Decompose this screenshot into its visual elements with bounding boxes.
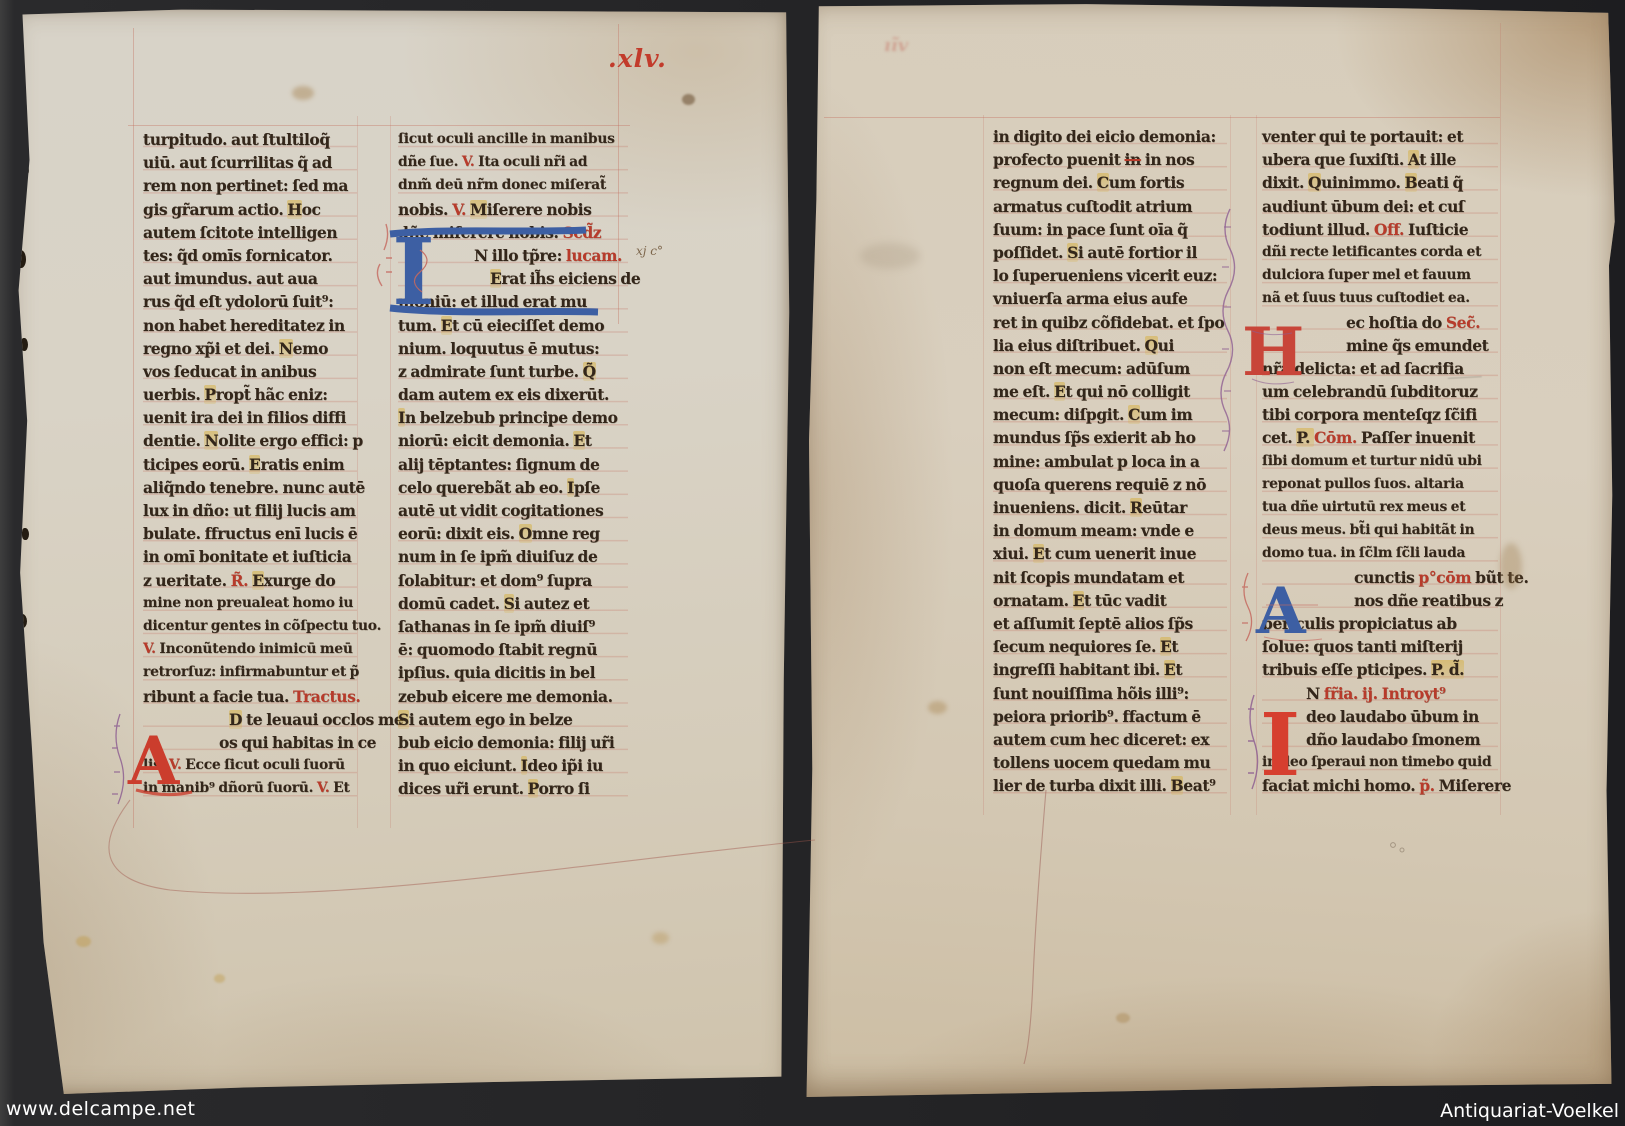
text-segment: in nos: [1141, 150, 1194, 169]
torn-edge-chip: [21, 338, 28, 351]
text-line: os qui habitas in ce: [219, 731, 357, 754]
text-line: turpitudo. aut ſtultiloq̃: [143, 128, 357, 151]
text-line: z ueritate. R̃. Exurge do: [143, 569, 357, 592]
text-segment: I: [398, 408, 405, 427]
text-segment: N: [279, 339, 293, 358]
text-segment: R: [1130, 498, 1142, 517]
text-segment: M: [470, 200, 487, 219]
text-segment: t cum uenerit inue: [1044, 544, 1196, 563]
text-line: ticipes eorū. Eratis enim: [143, 453, 357, 476]
text-line: lia eius diſtribuet. Qui: [993, 334, 1227, 357]
text-segment: eat⁹: [1183, 776, 1215, 795]
text-segment: vos ſeducat in anibus: [143, 362, 316, 381]
text-segment: S: [504, 594, 515, 613]
text-line: in domum meam: vnde e: [993, 519, 1227, 542]
text-segment: tribuis eſſe pticipes.: [1262, 660, 1431, 679]
text-segment: ret in quibz cõfidebat. et ſpo: [993, 313, 1224, 332]
text-line: dam autem ex eis dixerūt.: [398, 383, 628, 406]
text-segment: oc: [302, 200, 321, 219]
text-line: deo laudabo ūbum in: [1306, 705, 1498, 728]
text-segment: Tractus.: [293, 687, 360, 706]
illuminated-initial-I: I: [1242, 689, 1322, 799]
text-segment: bub eicio demonia: filij ur̃i: [398, 733, 614, 752]
text-segment: Paſſer inuenit: [1361, 428, 1475, 447]
text-segment: in digito dei eicio demonia:: [993, 127, 1216, 146]
text-segment: in: [1125, 150, 1141, 169]
penwork-flourish: [377, 224, 392, 286]
text-segment: dam autem ex eis dixerūt.: [398, 385, 609, 404]
text-segment: S: [1067, 243, 1078, 262]
text-segment: E: [1160, 637, 1171, 656]
text-line: dentie. Nolite ergo effici: p: [143, 429, 357, 452]
text-line: alij tēptantes: ſignum de: [398, 453, 628, 476]
text-line: niorū: eicit demonia. Et: [398, 429, 628, 452]
text-segment: dices ur̃i erunt.: [398, 779, 528, 798]
text-segment: Q: [1145, 336, 1158, 355]
text-line: in digito dei eicio demonia:: [993, 125, 1227, 148]
text-segment: ornatam.: [993, 591, 1073, 610]
text-segment: lier de turba dixit illi.: [993, 776, 1171, 795]
text-segment: celo querebãt ab eo.: [398, 478, 567, 497]
text-segment: E: [573, 431, 584, 450]
text-segment: Q: [1308, 173, 1321, 192]
text-segment: mine non preualeat homo iu: [143, 595, 353, 611]
text-segment: domo tua. in ſc̃lm ſc̃li lauda: [1262, 545, 1465, 561]
text-segment: B: [1171, 776, 1184, 795]
text-segment: uerbis.: [143, 385, 204, 404]
text-segment: nit ſcopis mundatam et: [993, 568, 1184, 587]
text-segment: Q̃: [583, 362, 596, 381]
text-line: nos dñe reatibus z: [1354, 589, 1498, 612]
illuminated-initial-H: H: [1216, 203, 1336, 503]
text-line: autē ut vidit cogitationes: [398, 499, 628, 522]
text-segment: C: [1128, 405, 1140, 424]
text-segment: dñe ſue.: [398, 154, 462, 170]
ruling-line: [824, 117, 1500, 118]
text-segment: quoſa querens requiē z nō: [993, 475, 1206, 494]
text-segment: E: [1033, 544, 1044, 563]
illuminated-initial-A: A: [1236, 565, 1356, 651]
text-segment: O: [519, 524, 532, 543]
text-segment: et aſſumit ſeptē alios ſp̃s: [993, 614, 1193, 633]
text-segment: olite ergo effici: p: [218, 431, 363, 450]
text-segment: orro ſi: [538, 779, 589, 798]
text-segment: I: [567, 478, 574, 497]
torn-edge-chip: [23, 708, 29, 719]
text-line: dño laudabo ſmonem: [1306, 728, 1498, 751]
manuscript-leaf-left: .xlv. turpitudo. aut ſtultiloq̃uiū. aut …: [10, 8, 790, 1094]
text-line: eorū: dixit eis. Omne reg: [398, 522, 628, 545]
text-line: ſuum: in pace ſunt oīa q̃: [993, 218, 1227, 241]
text-line: venter qui te portauit: et: [1262, 125, 1498, 148]
text-line: uiū. aut ſcurrilitas q̃ ad: [143, 151, 357, 174]
text-line: uenit ira dei in filios diffi: [143, 406, 357, 429]
text-segment: fr̃ia. ij. Introyt⁹: [1324, 684, 1446, 703]
text-line: dices ur̃i erunt. Porro ſi: [398, 777, 628, 800]
text-line: retrorſuz: infirmabuntur et p̃: [143, 661, 357, 684]
text-line: N fr̃ia. ij. Introyt⁹: [1306, 682, 1498, 705]
text-segment: ropt̃ hãc eniz:: [216, 385, 328, 404]
penwork-flourish: [112, 714, 124, 804]
text-line: rus q̃d eſt ydolorū ſuit⁹:: [143, 290, 357, 313]
text-line: mine q̃s emundet: [1346, 334, 1498, 357]
text-segment: emo: [293, 339, 328, 358]
text-segment: z ueritate.: [143, 571, 231, 590]
text-line: autem ſcitote intelligen: [143, 221, 357, 244]
text-segment: rus q̃d eſt ydolorū ſuit⁹:: [143, 292, 333, 311]
text-segment: autem cum hec diceret: ex: [993, 730, 1209, 749]
text-line: regno xp̃i et dei. Nemo: [143, 337, 357, 360]
text-line: D te leuaui occlos me: [229, 708, 357, 731]
text-line: celo querebãt ab eo. Ipſe: [398, 476, 628, 499]
ruling-line: [1500, 23, 1501, 815]
text-line: ē: quomodo ſtabit regnū: [398, 638, 628, 661]
text-line: vos ſeducat in anibus: [143, 360, 357, 383]
margin-note: xj c°: [636, 244, 663, 258]
text-segment: xiui.: [993, 544, 1033, 563]
text-segment: ipſius. quia dicitis in bel: [398, 663, 595, 682]
text-segment: regnum dei.: [993, 173, 1097, 192]
text-line: vniuerſa arma eius aufe: [993, 287, 1227, 310]
text-line: non habet hereditatez in: [143, 314, 357, 337]
text-segment: P: [528, 779, 539, 798]
text-line: in quo eiciunt. Ideo ip̃i iu: [398, 754, 628, 777]
stain-mark: [292, 86, 314, 100]
text-line: nium. loquutus ē mutus:: [398, 337, 628, 360]
svg-text:I: I: [1260, 695, 1300, 796]
text-segment: dixit.: [1262, 173, 1308, 192]
text-line: ribunt a facie tua. Tractus.: [143, 685, 357, 708]
text-segment: venter qui te portauit: et: [1262, 127, 1463, 146]
svg-text:A: A: [1255, 574, 1307, 649]
text-segment: N: [204, 431, 218, 450]
text-segment: ſecum nequiores ſe.: [993, 637, 1160, 656]
text-segment: R̃.: [231, 571, 252, 590]
text-segment: profecto puenit: [993, 150, 1125, 169]
text-segment: dentie.: [143, 431, 204, 450]
text-line: bub eicio demonia: filij ur̃i: [398, 731, 628, 754]
text-segment: regno xp̃i et dei.: [143, 339, 279, 358]
text-segment: Off.: [1374, 220, 1408, 239]
text-line: ubera que ſuxiſti. At ille: [1262, 148, 1498, 171]
text-segment: i autē fortior il: [1078, 243, 1197, 262]
text-line: In belzebub principe demo: [398, 406, 628, 429]
text-line: mine: ambulat p loca in a: [993, 450, 1227, 473]
text-line: mecum: diſpgit. Cum im: [993, 403, 1227, 426]
text-segment: mine q̃s emundet: [1346, 336, 1488, 355]
text-line: domū cadet. Si autez et: [398, 592, 628, 615]
torn-edge-chip: [22, 528, 29, 540]
text-segment: iſerere nobis: [487, 200, 592, 219]
text-segment: nium. loquutus ē mutus:: [398, 339, 599, 358]
text-segment: ſicut oculi ancille in manibus: [398, 131, 615, 147]
text-segment: eorū: dixit eis.: [398, 524, 519, 543]
text-segment: E: [249, 455, 260, 474]
text-segment: nos dñe reatibus z: [1354, 591, 1503, 610]
text-segment: E: [1073, 591, 1084, 610]
torn-edge-chip: [17, 428, 26, 443]
text-segment: t: [585, 431, 592, 450]
text-segment: ubera que ſuxiſti.: [1262, 150, 1408, 169]
text-segment: ſolabitur: et dom⁹ ſupra: [398, 571, 592, 590]
text-segment: E: [1164, 660, 1175, 679]
stain-mark: [214, 974, 225, 983]
stain-mark: [928, 701, 947, 714]
text-segment: cunctis: [1354, 568, 1418, 587]
text-segment: P. d̃.: [1431, 660, 1464, 679]
text-segment: P: [204, 385, 215, 404]
text-line: tes: q̃d omīs fornicator.: [143, 244, 357, 267]
text-segment: alij tēptantes: ſignum de: [398, 455, 599, 474]
text-line: tribuis eſſe pticipes. P. d̃.: [1262, 658, 1498, 681]
parchment-surface: .xlv. turpitudo. aut ſtultiloq̃uiū. aut …: [10, 8, 790, 1094]
text-segment: rem non pertinet: ſed ma: [143, 176, 348, 195]
text-segment: domū cadet.: [398, 594, 504, 613]
text-segment: E: [252, 571, 263, 590]
text-line: ornatam. Et tūc vadit: [993, 589, 1227, 612]
text-segment: um im: [1140, 405, 1192, 424]
text-segment: me eſt.: [993, 382, 1054, 401]
text-line: non eſt mecum: adūſum: [993, 357, 1227, 380]
manuscript-leaf-right: ıĩv in digito dei eicio demonia:profecto…: [800, 3, 1618, 1097]
bleed-through-mark: ıĩv: [884, 35, 936, 59]
text-segment: gis gr̃arum actio.: [143, 200, 287, 219]
folio-number: .xlv.: [608, 44, 667, 73]
text-line: rem non pertinet: ſed ma: [143, 174, 357, 197]
penwork-flourish: [1248, 695, 1258, 789]
text-segment: in omī bonitate et iuſticia: [143, 547, 351, 566]
text-segment: t: [1175, 660, 1182, 679]
text-segment: mne reg: [532, 524, 600, 543]
text-segment: uenit ira dei in filios diffi: [143, 408, 346, 427]
text-segment: xurge do: [264, 571, 336, 590]
text-line: V. Inconũtendo inimicū meū: [143, 638, 357, 661]
text-segment: z admirate ſunt turbe.: [398, 362, 583, 381]
text-segment: ec hoſtia do: [1346, 313, 1446, 332]
text-segment: p°cōm: [1418, 568, 1475, 587]
text-line: xiui. Et cum uenerit inue: [993, 542, 1227, 565]
text-segment: V.: [317, 780, 333, 796]
text-segment: turpitudo. aut ſtultiloq̃: [143, 130, 330, 149]
penwork-flourish: [1221, 209, 1235, 451]
text-segment: in quo eiciunt.: [398, 756, 521, 775]
text-segment: te leuaui occlos me: [242, 710, 403, 729]
text-line: ingreſſi habitant ibi. Et: [993, 658, 1227, 681]
text-line: aut imundus. aut aua: [143, 267, 357, 290]
stain-mark: [682, 94, 695, 105]
text-segment: V.: [143, 641, 159, 657]
text-column-left-1: turpitudo. aut ſtultiloq̃uiū. aut ſcurri…: [143, 128, 357, 800]
text-segment: ſuum: in pace ſunt oīa q̃: [993, 220, 1188, 239]
watermark-seller: Antiquariat-Voelkel: [1440, 1100, 1619, 1122]
text-segment: t qui nō colligit: [1065, 382, 1189, 401]
watermark-delcampe: www.delcampe.net: [6, 1098, 196, 1120]
text-line: zebub eicere me demonia.: [398, 685, 628, 708]
svg-text:I: I: [392, 218, 435, 326]
text-segment: peiora priorib⁹. ffactum ē: [993, 707, 1201, 726]
text-segment: Miſerere: [1439, 776, 1511, 795]
text-line: lo ſuperueniens vicerit euz:: [993, 264, 1227, 287]
text-segment: tes: q̃d omīs fornicator.: [143, 246, 333, 265]
text-line: bulate. ffructus enī lucis ē: [143, 522, 357, 545]
svg-text:A: A: [127, 722, 180, 800]
text-segment: zebub eicere me demonia.: [398, 687, 613, 706]
text-line: profecto puenit in in nos: [993, 148, 1227, 171]
text-line: lier de turba dixit illi. Beat⁹: [993, 774, 1227, 797]
text-line: mundus ſp̃s exierit ab ho: [993, 426, 1227, 449]
text-line: regnum dei. Cum fortis: [993, 171, 1227, 194]
text-segment: pſe: [574, 478, 600, 497]
text-line: ſolabitur: et dom⁹ ſupra: [398, 569, 628, 592]
text-segment: Et: [333, 780, 350, 796]
text-segment: A: [1408, 150, 1419, 169]
text-segment: i autem ego in belze: [409, 710, 573, 729]
torn-edge-chip: [22, 164, 29, 176]
text-segment: inueniens. dicit.: [993, 498, 1130, 517]
text-line: cunctis p°cōm bũt te.: [1354, 566, 1498, 589]
text-segment: V.: [452, 200, 470, 219]
stain-mark: [76, 936, 91, 947]
text-line: ſecum nequiores ſe. Et: [993, 635, 1227, 658]
text-segment: tollens uocem quedam mu: [993, 753, 1210, 772]
ruling-line: [983, 115, 984, 815]
text-segment: poſſidet.: [993, 243, 1067, 262]
text-segment: ratis enim: [260, 455, 344, 474]
text-line: aliq̃ndo tenebre. nunc autē: [143, 476, 357, 499]
text-segment: ſathanas in ſe ipm̃ diuiſ⁹: [398, 617, 595, 636]
photo-background: .xlv. turpitudo. aut ſtultiloq̃uiū. aut …: [0, 0, 1625, 1126]
text-segment: V.: [462, 154, 478, 170]
text-segment: n belzebub principe demo: [405, 408, 618, 427]
text-segment: aut imundus. aut aua: [143, 269, 318, 288]
text-segment: retrorſuz: infirmabuntur et p̃: [143, 664, 359, 680]
text-line: dixit. Quinimmo. Beati q̃: [1262, 171, 1498, 194]
text-segment: B: [1405, 173, 1418, 192]
stain-mark: [652, 932, 669, 944]
text-segment: dicentur gentes in cõſpectu tuo.: [143, 618, 381, 634]
text-line: lux in dño: ut filij lucis am: [143, 499, 357, 522]
text-segment: dño laudabo ſmonem: [1306, 730, 1480, 749]
text-segment: ticipes eorū.: [143, 455, 249, 474]
text-segment: bulate. ffructus enī lucis ē: [143, 524, 357, 543]
text-segment: um fortis: [1109, 173, 1184, 192]
text-line: poſſidet. Si autē fortior il: [993, 241, 1227, 264]
text-segment: t: [1171, 637, 1178, 656]
text-line: deus meus. bt̃i qui habitãt in: [1262, 519, 1498, 542]
text-line: tollens uocem quedam mu: [993, 751, 1227, 774]
text-line: autem cum hec diceret: ex: [993, 728, 1227, 751]
text-segment: t tūc vadit: [1084, 591, 1166, 610]
penwork-flourish: [1242, 573, 1252, 641]
text-line: peiora priorib⁹. ffactum ē: [993, 705, 1227, 728]
text-segment: lia eius diſtribuet.: [993, 336, 1145, 355]
stain-mark: [1116, 1013, 1130, 1023]
text-line: et aſſumit ſeptē alios ſp̃s: [993, 612, 1227, 635]
text-segment: Sec̃.: [1446, 313, 1480, 332]
text-segment: deus meus. bt̃i qui habitãt in: [1262, 522, 1474, 538]
text-segment: aliq̃ndo tenebre. nunc autē: [143, 478, 365, 497]
text-segment: nobis.: [398, 200, 452, 219]
text-segment: Iuſticie: [1408, 220, 1468, 239]
text-line: in omī bonitate et iuſticia: [143, 545, 357, 568]
text-line: ipſius. quia dicitis in bel: [398, 661, 628, 684]
text-segment: ē: quomodo ſtabit regnū: [398, 640, 597, 659]
text-segment: num in ſe ipm̃ diuiſuz de: [398, 547, 597, 566]
text-segment: Inconũtendo inimicū meū: [159, 641, 352, 657]
text-segment: deo laudabo ūbum in: [1306, 707, 1479, 726]
parchment-surface: ıĩv in digito dei eicio demonia:profecto…: [800, 3, 1618, 1097]
text-segment: p̃.: [1419, 776, 1438, 795]
illuminated-initial-A: A: [106, 708, 216, 818]
text-line: inueniens. dicit. Reūtar: [993, 496, 1227, 519]
text-line: dñe ſue. V. Ita oculi nr̃i ad: [398, 151, 628, 174]
text-segment: ui: [1158, 336, 1174, 355]
text-segment: H: [287, 200, 301, 219]
text-line: z admirate ſunt turbe. Q̃: [398, 360, 628, 383]
text-line: ſicut oculi ancille in manibus: [398, 128, 628, 151]
text-column-right-1: in digito dei eicio demonia:profecto pue…: [993, 125, 1227, 797]
torn-edge-chip: [18, 614, 27, 628]
text-segment: deo ip̃i iu: [527, 756, 603, 775]
text-segment: ingreſſi habitant ibi.: [993, 660, 1164, 679]
text-line: uerbis. Propt̃ hãc eniz:: [143, 383, 357, 406]
text-line: nit ſcopis mundatam et: [993, 566, 1227, 589]
text-segment: eūtar: [1142, 498, 1187, 517]
text-line: ret in quibz cõfidebat. et ſpo: [993, 311, 1227, 334]
text-line: Si autem ego in belze: [398, 708, 628, 731]
text-line: dnm̃ deū nr̃m donec miſerat̃: [398, 174, 628, 197]
text-segment: non habet hereditatez in: [143, 316, 345, 335]
text-segment: E: [1054, 382, 1065, 401]
text-segment: i autez et: [514, 594, 589, 613]
text-segment: non eſt mecum: adūſum: [993, 359, 1190, 378]
text-line: domo tua. in ſc̃lm ſc̃li lauda: [1262, 542, 1498, 565]
text-segment: mecum: diſpgit.: [993, 405, 1128, 424]
text-segment: mundus ſp̃s exierit ab ho: [993, 428, 1196, 447]
text-segment: mine: ambulat p loca in a: [993, 452, 1200, 471]
text-line: me eſt. Et qui nō colligit: [993, 380, 1227, 403]
text-line: gis gr̃arum actio. Hoc: [143, 198, 357, 221]
torn-edge-chip: [18, 100, 27, 116]
text-segment: autem ſcitote intelligen: [143, 223, 337, 242]
illuminated-initial-I: I: [376, 220, 606, 324]
text-segment: C: [1097, 173, 1109, 192]
text-line: quoſa querens requiē z nō: [993, 473, 1227, 496]
text-segment: dnm̃ deū nr̃m donec miſerat̃: [398, 177, 606, 193]
ruling-line: [128, 125, 630, 126]
text-line: mine non preualeat homo iu: [143, 592, 357, 615]
torn-edge-chip: [16, 250, 26, 268]
text-segment: os qui habitas in ce: [219, 733, 376, 752]
text-segment: lo ſuperueniens vicerit euz:: [993, 266, 1217, 285]
text-segment: Ita oculi nr̃i ad: [478, 154, 587, 170]
text-segment: bũt te.: [1475, 568, 1528, 587]
text-segment: lux in dño: ut filij lucis am: [143, 501, 356, 520]
text-line: ſathanas in ſe ipm̃ diuiſ⁹: [398, 615, 628, 638]
svg-text:H: H: [1242, 313, 1304, 391]
text-segment: D: [229, 710, 242, 729]
text-line: ſunt nouiſſima hõis illi⁹:: [993, 682, 1227, 705]
text-segment: ſunt nouiſſima hõis illi⁹:: [993, 684, 1189, 703]
text-segment: autē ut vidit cogitationes: [398, 501, 603, 520]
text-line: armatus cuſtodit atrium: [993, 195, 1227, 218]
text-segment: vniuerſa arma eius aufe: [993, 289, 1187, 308]
text-segment: uiū. aut ſcurrilitas q̃ ad: [143, 153, 332, 172]
text-segment: eati q̃: [1417, 173, 1463, 192]
text-line: ec hoſtia do Sec̃.: [1346, 311, 1498, 334]
text-segment: ribunt a facie tua.: [143, 687, 293, 706]
text-line: num in ſe ipm̃ diuiſuz de: [398, 545, 628, 568]
